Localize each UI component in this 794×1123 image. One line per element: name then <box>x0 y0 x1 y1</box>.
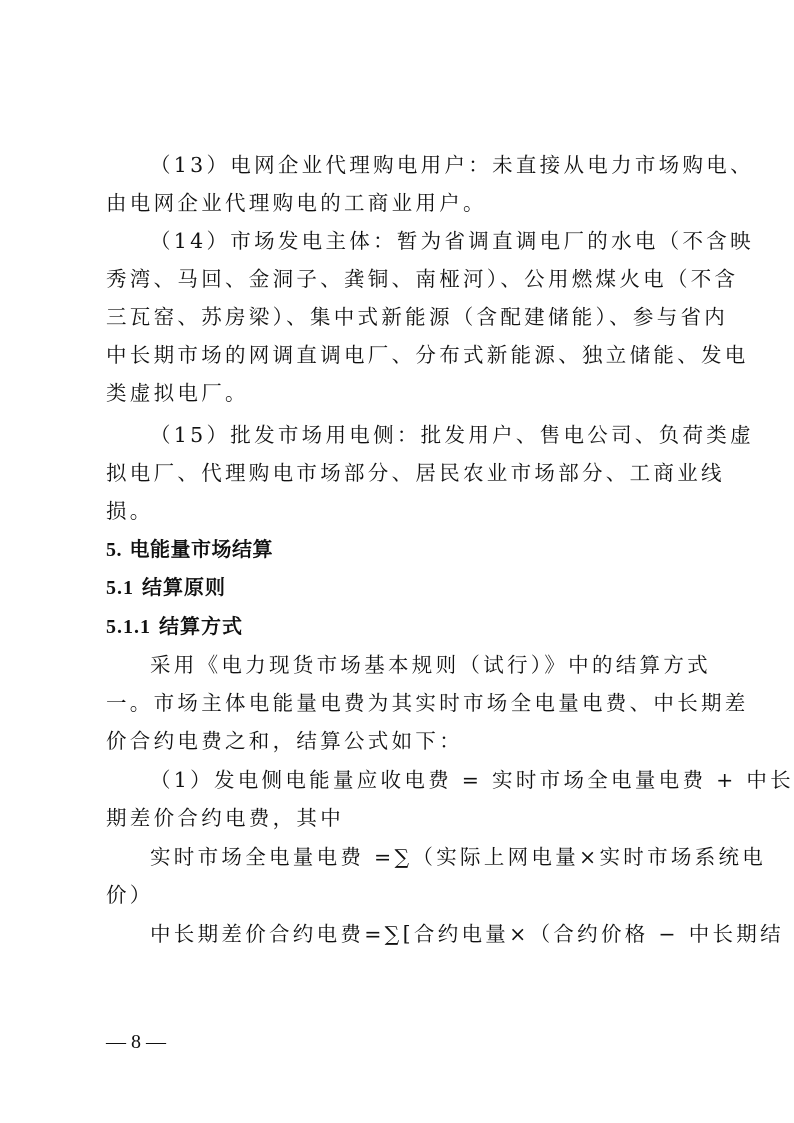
paragraph-line: （15）批发市场用电侧：批发用户、售电公司、负荷类虚 <box>150 416 754 454</box>
section-title: 电能量市场结算 <box>129 537 273 561</box>
paragraph-line: 损。 <box>106 492 154 530</box>
section-heading: 5. 电能量市场结算 <box>106 530 273 568</box>
subsubsection-title: 结算方式 <box>159 614 243 638</box>
subsection-title: 结算原则 <box>142 575 226 599</box>
paragraph-line: 价） <box>106 876 154 914</box>
paragraph-line: 一。市场主体电能量电费为其实时市场全电量电费、中长期差 <box>106 684 749 722</box>
paragraph-line: （13）电网企业代理购电用户：未直接从电力市场购电、 <box>150 146 754 184</box>
section-number: 5. <box>106 539 122 561</box>
paragraph-line: 价合约电费之和，结算公式如下： <box>106 722 463 760</box>
formula-line: 实时市场全电量电费 =∑（实际上网电量×实时市场系统电 <box>150 838 766 876</box>
paragraph-line: 拟电厂、代理购电市场部分、居民农业市场部分、工商业线 <box>106 454 725 492</box>
paragraph-line: 秀湾、马回、金洞子、龚铜、南桠河）、公用燃煤火电（不含 <box>106 260 738 298</box>
subsection-heading: 5.1 结算原则 <box>106 568 226 606</box>
formula-line: （1）发电侧电能量应收电费 = 实时市场全电量电费 + 中长 <box>150 761 794 799</box>
formula-line: 中长期差价合约电费=∑[合约电量×（合约价格 − 中长期结 <box>150 915 784 953</box>
paragraph-line: 由电网企业代理购电的工商业用户。 <box>106 184 487 222</box>
paragraph-line: 中长期市场的网调直调电厂、分布式新能源、独立储能、发电 <box>106 336 749 374</box>
subsection-number: 5.1 <box>106 577 134 599</box>
paragraph-line: 期差价合约电费，其中 <box>106 799 344 837</box>
paragraph-line: 采用《电力现货市场基本规则（试行）》中的结算方式 <box>150 646 711 684</box>
subsubsection-heading: 5.1.1 结算方式 <box>106 607 243 645</box>
paragraph-line: 三瓦窑、苏房梁）、集中式新能源（含配建储能）、参与省内 <box>106 298 728 336</box>
paragraph-line: （14）市场发电主体：暂为省调直调电厂的水电（不含映 <box>150 222 754 260</box>
subsubsection-number: 5.1.1 <box>106 616 151 638</box>
page-number: — 8 — <box>106 1031 166 1054</box>
paragraph-line: 类虚拟电厂。 <box>106 374 249 412</box>
